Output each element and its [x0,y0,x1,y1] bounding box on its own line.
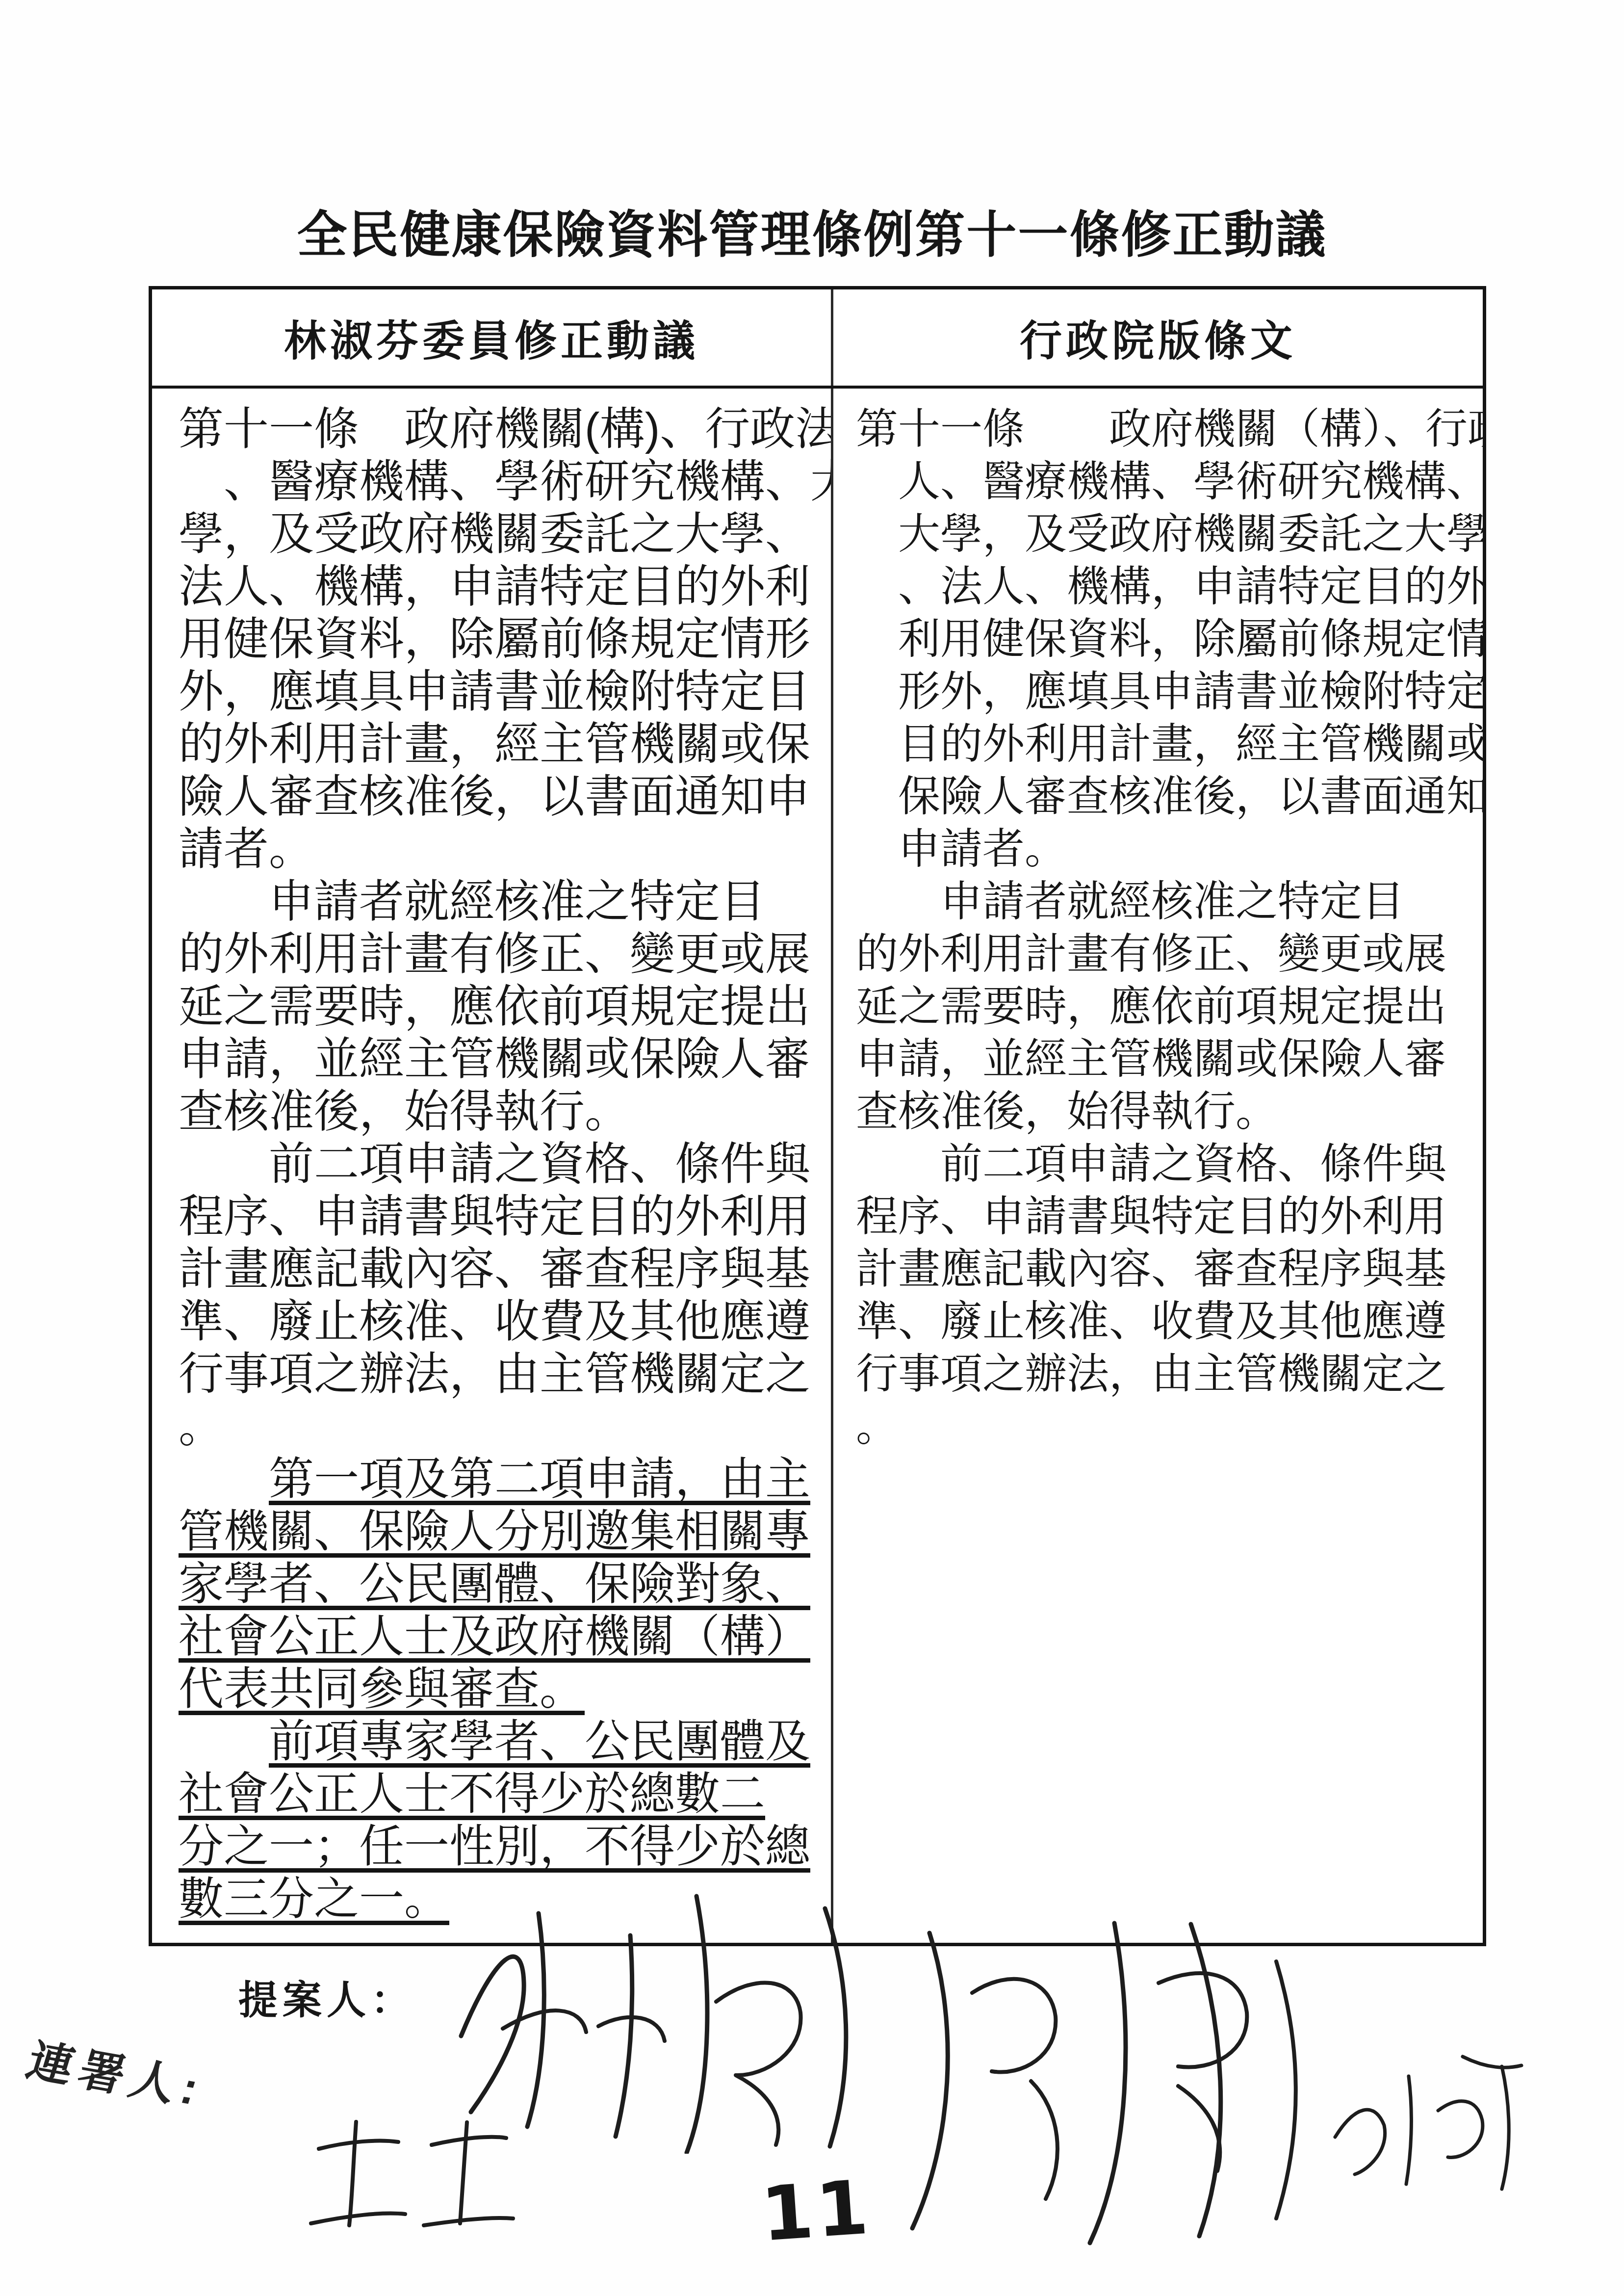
text-line: 申請，並經主管機關或保險人審 [179,1033,820,1086]
cell-executive-yuan-text: 第十一條 政府機關（構）、行政法 人、醫療機構、學術研究機構、 大學，及受政府機… [831,389,1483,1943]
text-line: 申請者就經核准之特定目 [856,876,1474,928]
text-line: 程序、申請書與特定目的外利用 [856,1191,1474,1243]
text-line: 家學者、公民團體、保險對象、 [179,1558,820,1611]
paragraph: 第十一條 政府機關(構)、行政法人 、醫療機構、學術研究機構、大學，及受政府機關… [179,403,820,876]
text-line: 行事項之辦法，由主管機關定之 [856,1348,1474,1401]
signature-strokes [883,1904,1315,2247]
text-line: 的外利用計畫有修正、變更或展 [179,928,820,981]
text-line: 險人審查核准後，以書面通知申 [179,771,820,823]
column-header-committee-motion: 林淑芬委員修正動議 [152,289,831,386]
text-line: 前二項申請之資格、條件與 [179,1138,820,1191]
text-line: 。 [179,1401,820,1453]
text-line: 第十一條 政府機關(構)、行政法人 [179,403,820,456]
table-body-row: 第十一條 政府機關(構)、行政法人 、醫療機構、學術研究機構、大學，及受政府機關… [152,389,1483,1943]
paragraph: 申請者就經核准之特定目的外利用計畫有修正、變更或展延之需要時，應依前項規定提出申… [856,876,1474,1138]
text-line: 代表共同參與審查。 [179,1663,820,1716]
proposer-label: 提案人： [238,1968,415,2025]
scanned-document-page: 全民健康保險資料管理條例第十一條修正動議 林淑芬委員修正動議 行政院版條文 第十… [0,0,1624,2296]
text-line: 前項專家學者、公民團體及 [179,1716,820,1768]
signature-cosigner-3 [1315,2036,1550,2198]
text-line: 申請，並經主管機關或保險人審 [856,1033,1474,1086]
text-line: 人、醫療機構、學術研究機構、 [856,456,1474,508]
text-line: 查核准後，始得執行。 [856,1086,1474,1138]
table-header-row: 林淑芬委員修正動議 行政院版條文 [152,289,1483,389]
text-line: 形外，應填具申請書並檢附特定 [856,666,1474,718]
text-line: 用健保資料，除屬前條規定情形 [179,613,820,666]
text-line: 準、廢止核准、收費及其他應遵 [179,1296,820,1348]
text-line: 準、廢止核准、收費及其他應遵 [856,1296,1474,1348]
cell-committee-motion-text: 第十一條 政府機關(構)、行政法人 、醫療機構、學術研究機構、大學，及受政府機關… [152,389,831,1943]
text-line: 程序、申請書與特定目的外利用 [179,1191,820,1243]
signature-cosigner-2 [294,2100,525,2247]
text-line: 的外利用計畫有修正、變更或展 [856,928,1474,981]
amendment-comparison-table: 林淑芬委員修正動議 行政院版條文 第十一條 政府機關(構)、行政法人 、醫療機構… [149,286,1486,1946]
paragraph: 第十一條 政府機關（構）、行政法 人、醫療機構、學術研究機構、 大學，及受政府機… [856,403,1474,876]
cosigner-label-handwritten: 連署人: [20,2025,214,2118]
signature-cosigner-1 [883,1904,1315,2247]
text-line: 請者。 [179,823,820,876]
text-line: 社會公正人士不得少於總數二 [179,1768,820,1821]
text-line: 行事項之辦法，由主管機關定之 [179,1348,820,1401]
text-line: 、法人、機構，申請特定目的外 [856,561,1474,613]
text-line: 外，應填具申請書並檢附特定目 [179,666,820,718]
text-line: 延之需要時，應依前項規定提出 [856,981,1474,1033]
text-line: 學，及受政府機關委託之大學、 [179,508,820,561]
text-line: 目的外利用計畫，經主管機關或 [856,718,1474,771]
text-line: 、醫療機構、學術研究機構、大 [179,456,820,508]
text-line: 保險人審查核准後，以書面通知 [856,771,1474,823]
paragraph: 前二項申請之資格、條件與程序、申請書與特定目的外利用計畫應記載內容、審查程序與基… [856,1138,1474,1453]
text-line: 第十一條 政府機關（構）、行政法 [856,403,1474,456]
text-line: 利用健保資料，除屬前條規定情 [856,613,1474,666]
page-number: 11 [758,2164,874,2258]
paragraph: 申請者就經核准之特定目的外利用計畫有修正、變更或展延之需要時，應依前項規定提出申… [179,876,820,1138]
text-line: 查核准後，始得執行。 [179,1086,820,1138]
text-line: 大學，及受政府機關委託之大學 [856,508,1474,561]
text-line: 分之一；任一性別，不得少於總 [179,1821,820,1873]
signature-strokes [294,2100,525,2247]
text-line: 計畫應記載內容、審查程序與基 [856,1243,1474,1296]
text-line: 管機關、保險人分別邀集相關專 [179,1506,820,1558]
text-line: 。 [856,1401,1474,1453]
text-line: 申請者就經核准之特定目 [179,876,820,928]
text-line: 社會公正人士及政府機關（構） [179,1611,820,1663]
text-line: 的外利用計畫，經主管機關或保 [179,718,820,771]
page-title: 全民健康保險資料管理條例第十一條修正動議 [0,195,1624,267]
signature-strokes [1315,2036,1550,2198]
paragraph-underlined-new-text: 第一項及第二項申請，由主管機關、保險人分別邀集相關專家學者、公民團體、保險對象、… [179,1453,820,1716]
text-line: 申請者。 [856,823,1474,876]
text-line: 第一項及第二項申請，由主 [179,1453,820,1506]
text-line: 延之需要時，應依前項規定提出 [179,981,820,1033]
text-line: 法人、機構，申請特定目的外利 [179,561,820,613]
text-line: 計畫應記載內容、審查程序與基 [179,1243,820,1296]
text-line: 前二項申請之資格、條件與 [856,1138,1474,1191]
column-header-executive-yuan-version: 行政院版條文 [831,289,1483,386]
paragraph: 前二項申請之資格、條件與程序、申請書與特定目的外利用計畫應記載內容、審查程序與基… [179,1138,820,1453]
